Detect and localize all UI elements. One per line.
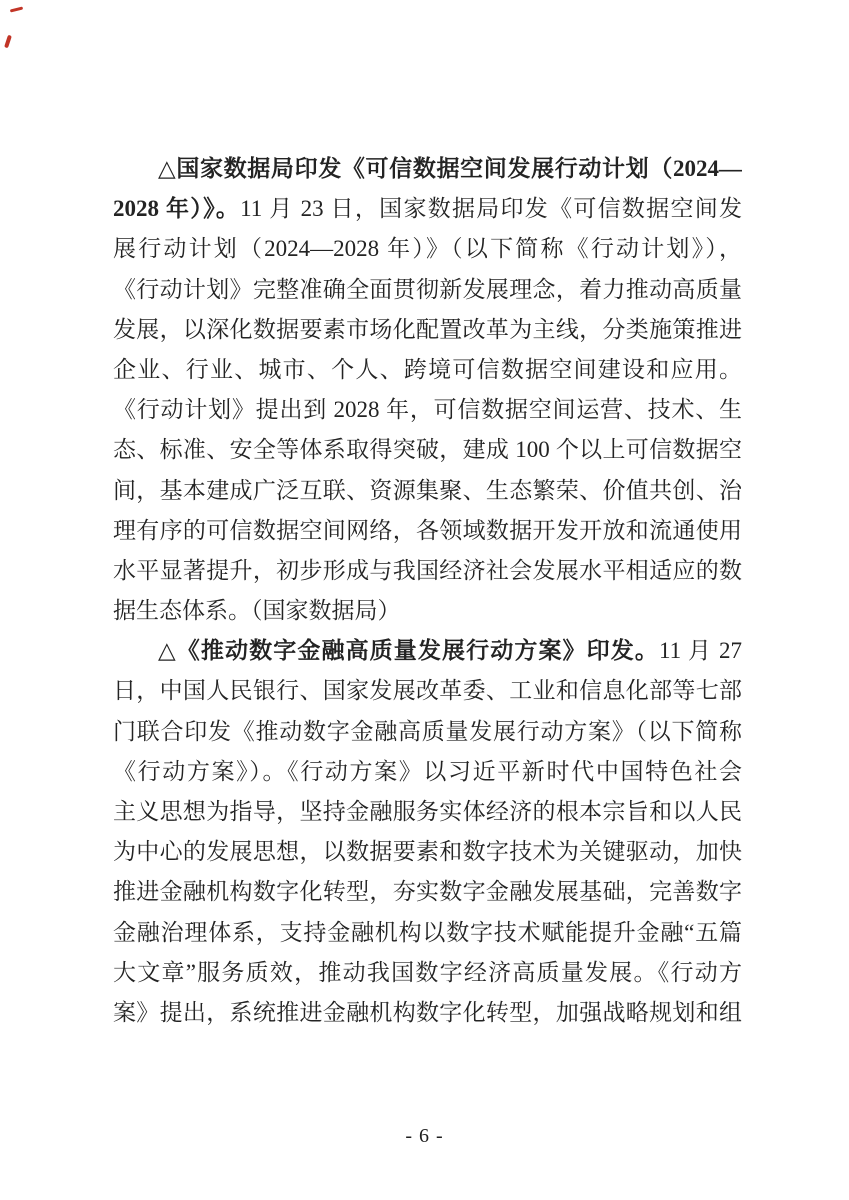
text-segment: 《行动计划》提出到 2028 年，可信数据空间运营、技术、生: [113, 397, 742, 422]
text-segment: 门联合印发《推动数字金融高质量发展行动方案》（以下简称: [113, 719, 742, 744]
document-body: △国家数据局印发《可信数据空间发展行动计划（2024—2028 年）》。11 月…: [113, 149, 742, 1033]
text-line: 金融治理体系，支持金融机构以数字技术赋能提升金融“五篇: [113, 913, 742, 953]
text-line: 门联合印发《推动数字金融高质量发展行动方案》（以下简称: [113, 712, 742, 752]
text-line: 水平显著提升，初步形成与我国经济社会发展水平相适应的数: [113, 551, 742, 591]
text-line: 案》提出，系统推进金融机构数字化转型，加强战略规划和组: [113, 993, 742, 1033]
text-segment: 为中心的发展思想，以数据要素和数字技术为关键驱动，加快: [113, 839, 742, 864]
text-line: 为中心的发展思想，以数据要素和数字技术为关键驱动，加快: [113, 832, 742, 872]
text-line: 2028 年）》。11 月 23 日，国家数据局印发《可信数据空间发: [113, 189, 742, 229]
text-line: 推进金融机构数字化转型，夯实数字金融发展基础，完善数字: [113, 872, 742, 912]
text-line: △国家数据局印发《可信数据空间发展行动计划（2024—: [113, 149, 742, 189]
headline-segment: △《推动数字金融高质量发展行动方案》印发。: [158, 638, 659, 663]
text-segment: 企业、行业、城市、个人、跨境可信数据空间建设和应用。: [113, 357, 742, 382]
text-segment: 间，基本建成广泛互联、资源集聚、生态繁荣、价值共创、治: [113, 478, 742, 503]
text-line: 展行动计划（2024—2028 年）》（以下简称《行动计划》），: [113, 229, 742, 269]
text-segment: 11 月 27: [659, 638, 742, 663]
text-line: 日，中国人民银行、国家发展改革委、工业和信息化部等七部: [113, 671, 742, 711]
text-segment: 主义思想为指导，坚持金融服务实体经济的根本宗旨和以人民: [113, 799, 742, 824]
text-segment: 金融治理体系，支持金融机构以数字技术赋能提升金融“五篇: [113, 920, 742, 945]
document-page: △国家数据局印发《可信数据空间发展行动计划（2024—2028 年）》。11 月…: [0, 0, 849, 1200]
text-line: 《行动计划》完整准确全面贯彻新发展理念，着力推动高质量: [113, 270, 742, 310]
text-segment: 发展，以深化数据要素市场化配置改革为主线，分类施策推进: [113, 317, 742, 342]
text-segment: 理有序的可信数据空间网络，各领域数据开发开放和流通使用: [113, 518, 742, 543]
text-line: 《行动方案》）。《行动方案》以习近平新时代中国特色社会: [113, 752, 742, 792]
text-line: 发展，以深化数据要素市场化配置改革为主线，分类施策推进: [113, 310, 742, 350]
text-segment: 日，中国人民银行、国家发展改革委、工业和信息化部等七部: [113, 678, 742, 703]
text-line: 理有序的可信数据空间网络，各领域数据开发开放和流通使用: [113, 511, 742, 551]
text-segment: 大文章”服务质效，推动我国数字经济高质量发展。《行动方: [113, 960, 742, 985]
text-segment: 态、标准、安全等体系取得突破，建成 100 个以上可信数据空: [113, 437, 742, 462]
text-line: 据生态体系。（国家数据局）: [113, 591, 742, 631]
text-line: 间，基本建成广泛互联、资源集聚、生态繁荣、价值共创、治: [113, 471, 742, 511]
text-segment: 案》提出，系统推进金融机构数字化转型，加强战略规划和组: [113, 1000, 742, 1025]
text-segment: 展行动计划（2024—2028 年）》（以下简称《行动计划》），: [113, 236, 742, 261]
text-line: 态、标准、安全等体系取得突破，建成 100 个以上可信数据空: [113, 430, 742, 470]
red-mark-icon: [4, 35, 12, 49]
headline-segment: 2028 年）》。: [113, 196, 240, 221]
text-line: 《行动计划》提出到 2028 年，可信数据空间运营、技术、生: [113, 390, 742, 430]
text-line: 大文章”服务质效，推动我国数字经济高质量发展。《行动方: [113, 953, 742, 993]
text-line: 主义思想为指导，坚持金融服务实体经济的根本宗旨和以人民: [113, 792, 742, 832]
text-segment: 《行动方案》）。《行动方案》以习近平新时代中国特色社会: [113, 759, 742, 784]
text-segment: 水平显著提升，初步形成与我国经济社会发展水平相适应的数: [113, 558, 742, 583]
text-segment: 据生态体系。（国家数据局）: [113, 598, 401, 623]
text-segment: 推进金融机构数字化转型，夯实数字金融发展基础，完善数字: [113, 879, 742, 904]
page-number: - 6 -: [0, 1124, 849, 1148]
headline-segment: △国家数据局印发《可信数据空间发展行动计划（2024—: [158, 156, 742, 181]
text-segment: 11 月 23 日，国家数据局印发《可信数据空间发: [240, 196, 742, 221]
red-mark-icon: [10, 6, 23, 12]
text-line: △《推动数字金融高质量发展行动方案》印发。11 月 27: [113, 631, 742, 671]
text-line: 企业、行业、城市、个人、跨境可信数据空间建设和应用。: [113, 350, 742, 390]
text-segment: 《行动计划》完整准确全面贯彻新发展理念，着力推动高质量: [113, 277, 742, 302]
